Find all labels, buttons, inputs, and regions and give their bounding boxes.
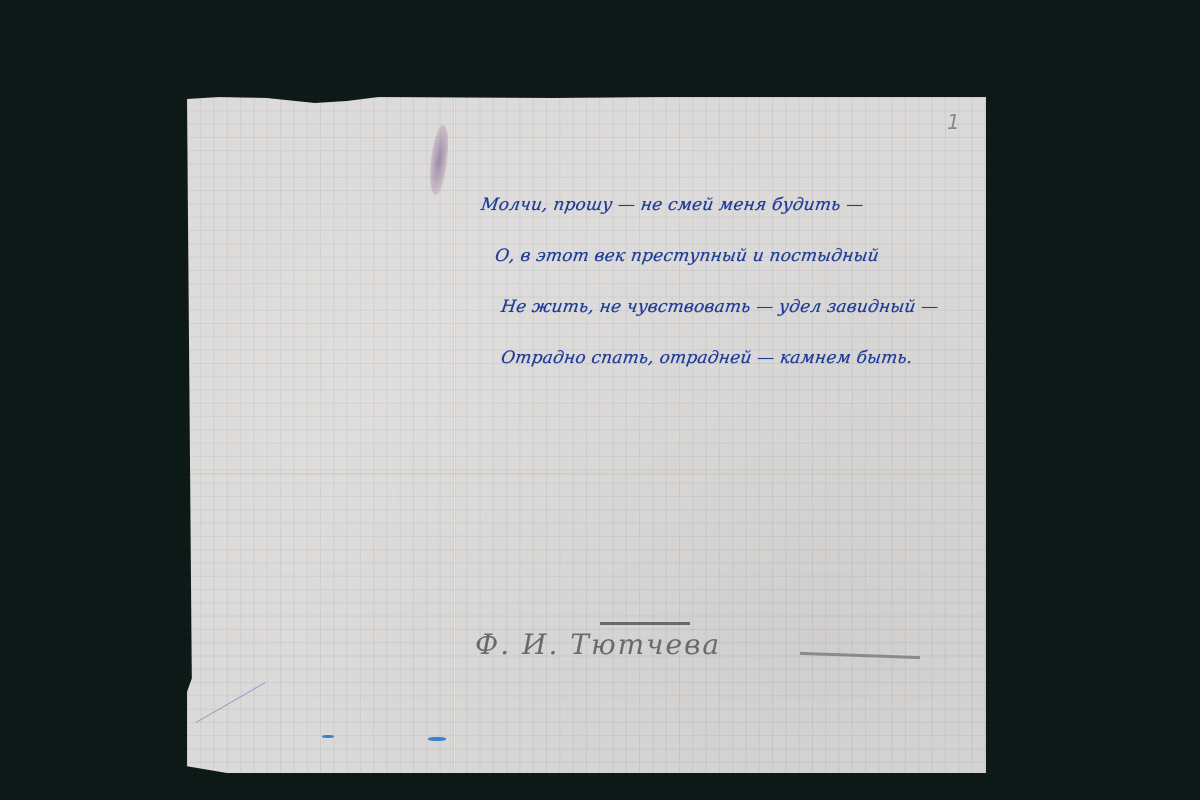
page-number: 1 [947, 110, 960, 134]
ink-stain [426, 124, 452, 196]
poem-text: Молчи, прошу — не смей меня будить — О, … [480, 188, 980, 392]
ink-spot [428, 737, 446, 741]
ink-spot [322, 735, 334, 738]
poem-line-3: Не жить, не чувствовать — удел завидный … [476, 290, 983, 341]
signature-overline [600, 622, 690, 625]
signature: Ф. И. Тютчева [475, 628, 721, 661]
poem-line-2: О, в этот век преступный и постыдный [476, 239, 983, 290]
poem-line-1: Молчи, прошу — не смей меня будить — [476, 188, 983, 239]
horizontal-fold-crease [187, 473, 986, 475]
vertical-fold-crease [453, 97, 456, 773]
poem-line-4: Отрадно спать, отрадней — камнем быть. [476, 341, 983, 392]
